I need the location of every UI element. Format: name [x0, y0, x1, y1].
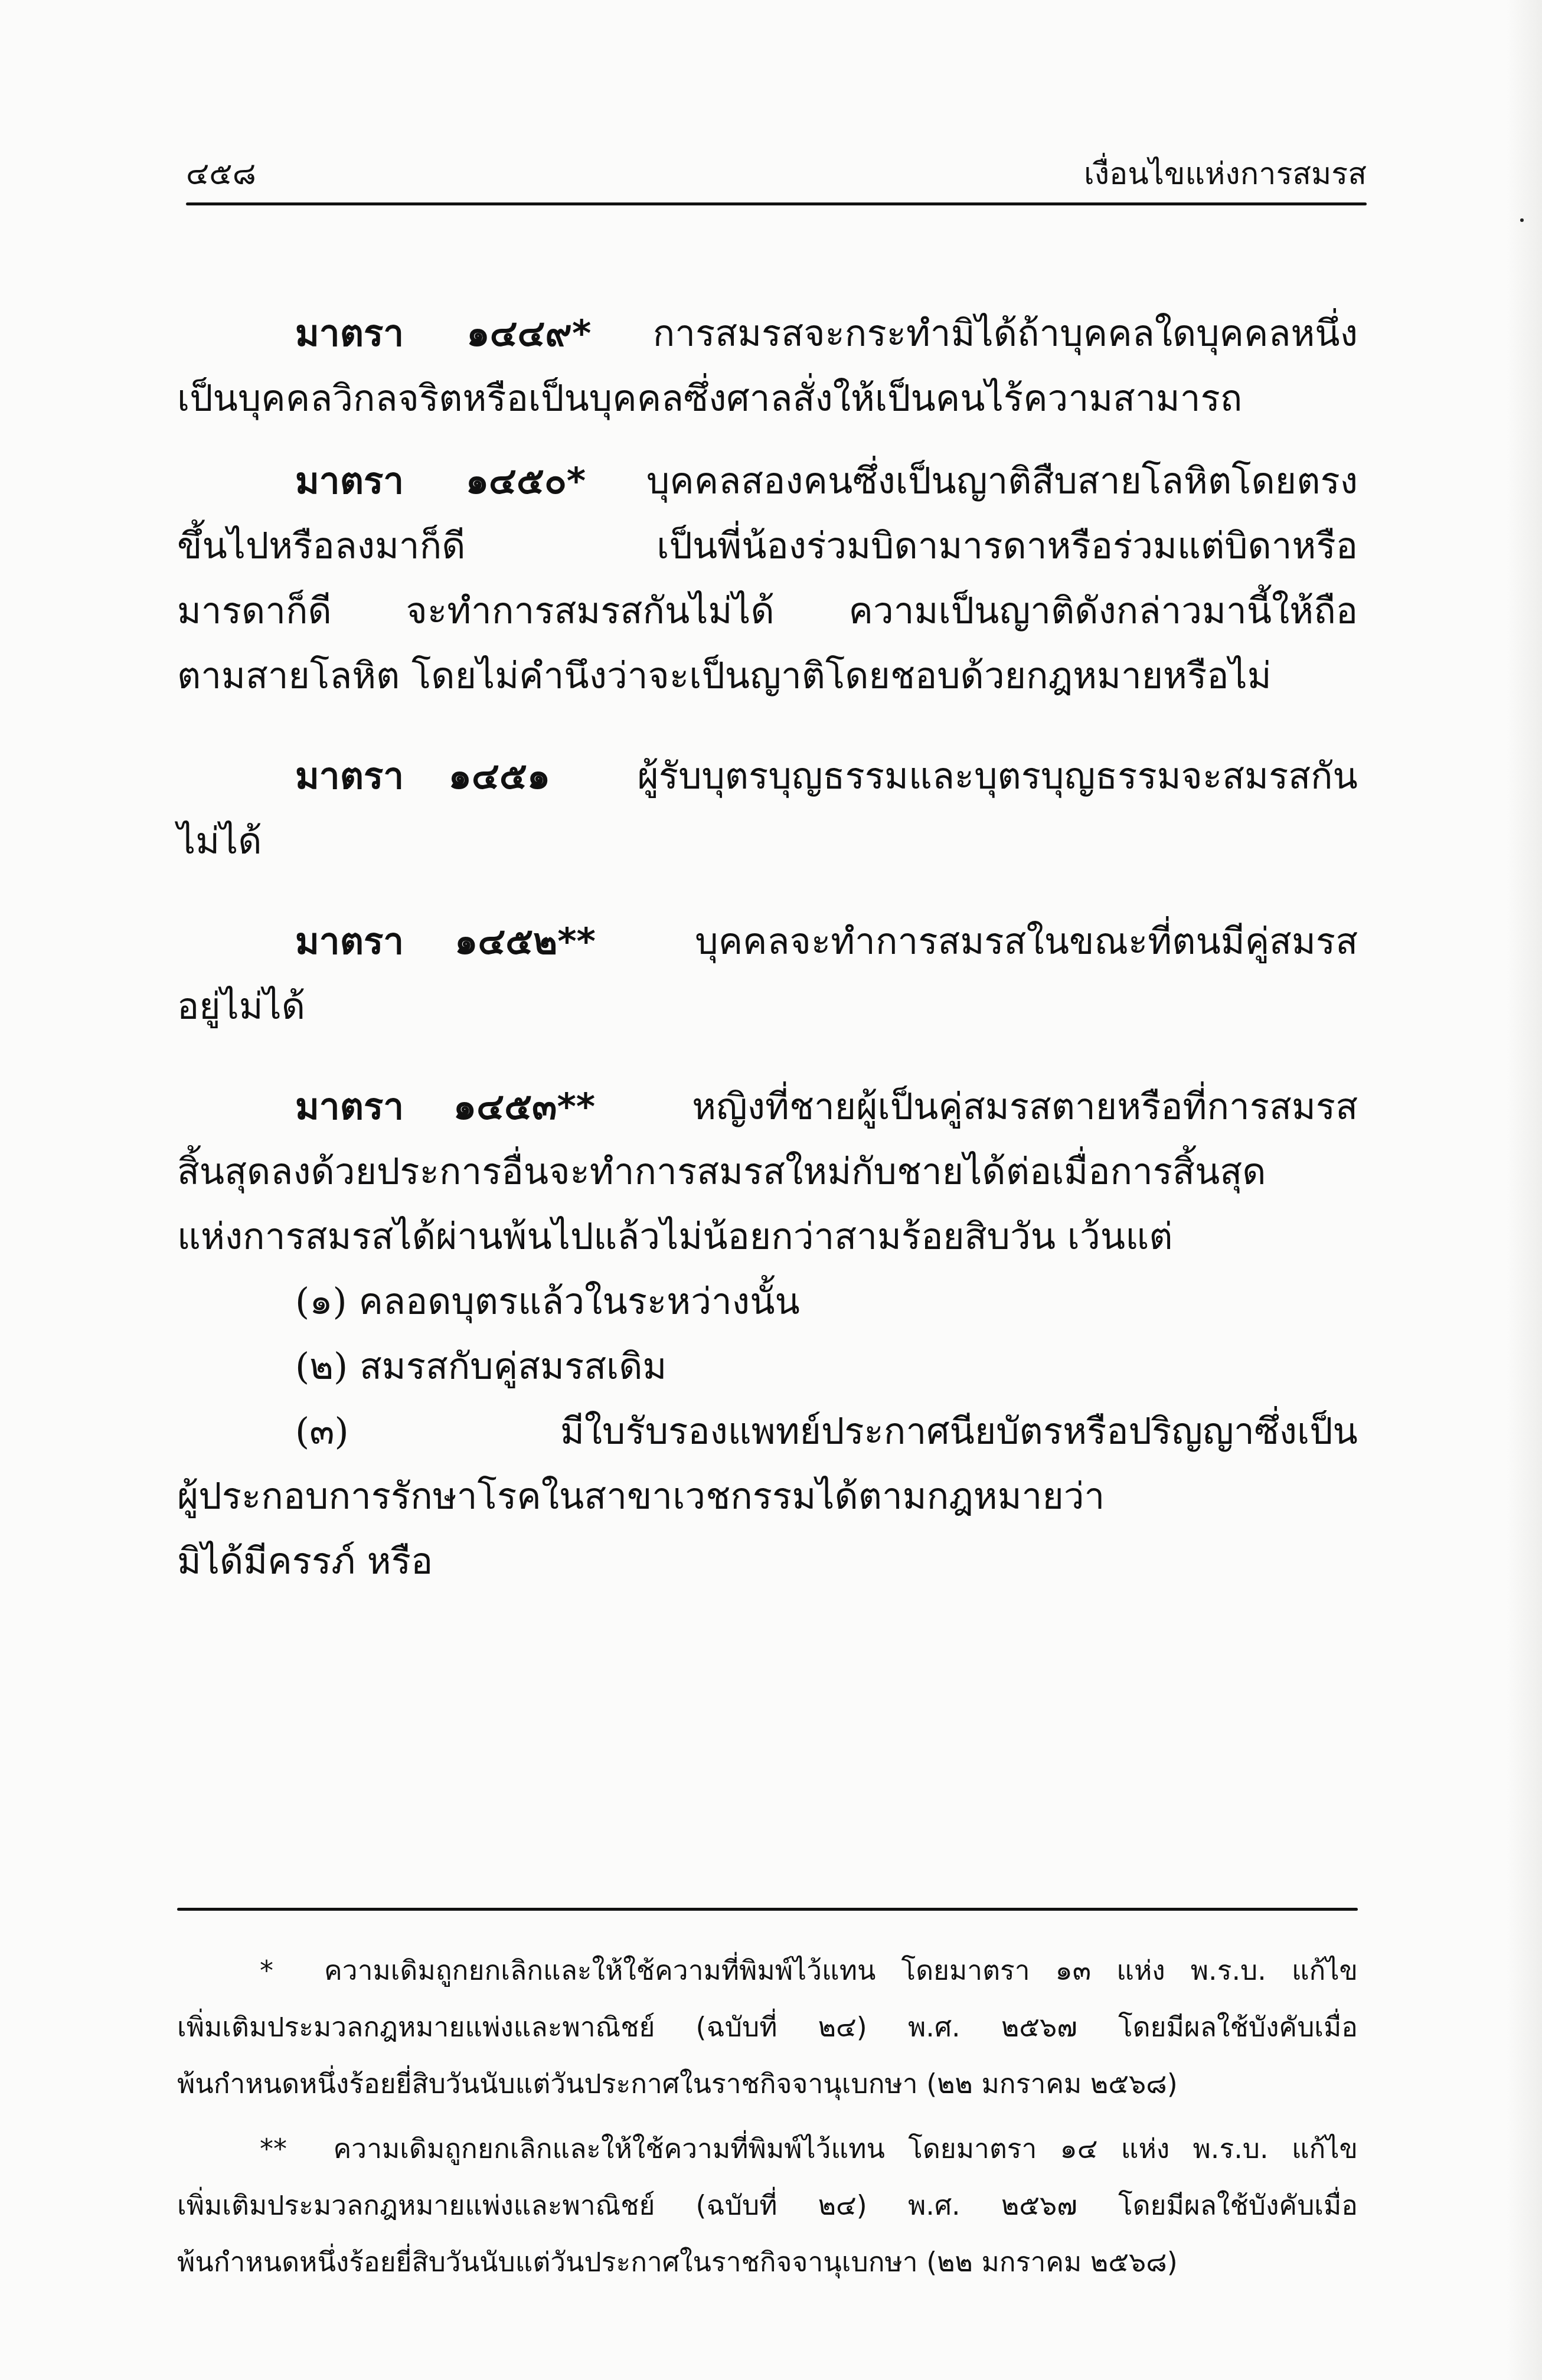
footnote-double-asterisk: ** ความเดิมถูกยกเลิกและให้ใช้ความที่พิมพ…	[177, 2120, 1358, 2290]
footnote-marker: **	[260, 2133, 287, 2165]
section-label: มาตรา ๑๔๕๒**	[295, 920, 596, 963]
list-item: (๓) มีใบรับรองแพทย์ประกาศนียบัตรหรือปริญ…	[177, 1399, 1358, 1464]
section-line: มาตรา ๑๔๕๐* บุคคลสองคนซึ่งเป็นญาติสืบสาย…	[177, 449, 1358, 514]
section-1453: มาตรา ๑๔๕๓** หญิงที่ชายผู้เป็นคู่สมรสตาย…	[177, 1074, 1358, 1594]
section-line: มาตรา ๑๔๕๑ ผู้รับบุตรบุญธรรมและบุตรบุญธร…	[177, 744, 1358, 809]
section-text: บุคคลสองคนซึ่งเป็นญาติสืบสายโลหิตโดยตรง	[646, 459, 1358, 502]
section-text: หญิงที่ชายผู้เป็นคู่สมรสตายหรือที่การสมร…	[692, 1085, 1358, 1128]
footnote-line: พ้นกำหนดหนึ่งร้อยยี่สิบวันนับแต่วันประกา…	[177, 2055, 1358, 2112]
footnote-rule	[177, 1908, 1358, 1911]
section-label: มาตรา ๑๔๕๐*	[295, 459, 586, 502]
section-line: แห่งการสมรสได้ผ่านพ้นไปแล้วไม่น้อยกว่าสา…	[177, 1204, 1358, 1269]
list-text: สมรสกับคู่สมรสเดิม	[360, 1345, 667, 1388]
section-text: ผู้รับบุตรบุญธรรมและบุตรบุญธรรมจะสมรสกัน	[638, 754, 1358, 797]
footnote-line: พ้นกำหนดหนึ่งร้อยยี่สิบวันนับแต่วันประกา…	[177, 2234, 1358, 2290]
footnote-line: เพิ่มเติมประมวลกฎหมายแพ่งและพาณิชย์ (ฉบั…	[177, 1999, 1358, 2055]
footnote-single-asterisk: * ความเดิมถูกยกเลิกและให้ใช้ความที่พิมพ์…	[177, 1942, 1358, 2112]
list-marker: (๒)	[295, 1345, 348, 1388]
list-item: (๒) สมรสกับคู่สมรสเดิม	[177, 1334, 1358, 1399]
list-item: (๑) คลอดบุตรแล้วในระหว่างนั้น	[177, 1269, 1358, 1334]
section-1451: มาตรา ๑๔๕๑ ผู้รับบุตรบุญธรรมและบุตรบุญธร…	[177, 744, 1358, 874]
running-title: เงื่อนไขแห่งการสมรส	[1084, 151, 1367, 198]
list-item-continuation: ผู้ประกอบการรักษาโรคในสาขาเวชกรรมได้ตามก…	[177, 1464, 1358, 1529]
section-label: มาตรา ๑๔๕๓**	[295, 1085, 595, 1128]
list-marker: (๓)	[295, 1410, 349, 1453]
section-label: มาตรา ๑๔๕๑	[295, 754, 550, 797]
section-line: ไม่ได้	[177, 809, 1358, 874]
print-speck	[1520, 218, 1524, 222]
page-edge-shadow	[1507, 0, 1542, 2380]
section-text: บุคคลจะทำการสมรสในขณะที่ตนมีคู่สมรส	[695, 920, 1358, 963]
footnote-text: ความเดิมถูกยกเลิกและให้ใช้ความที่พิมพ์ไว…	[334, 2133, 1358, 2165]
footnote-line: เพิ่มเติมประมวลกฎหมายแพ่งและพาณิชย์ (ฉบั…	[177, 2177, 1358, 2234]
section-1452: มาตรา ๑๔๕๒** บุคคลจะทำการสมรสในขณะที่ตนม…	[177, 909, 1358, 1039]
list-marker: (๑)	[295, 1280, 347, 1323]
header-rule	[186, 202, 1367, 205]
list-text: คลอดบุตรแล้วในระหว่างนั้น	[358, 1280, 799, 1323]
list-text: มีใบรับรองแพทย์ประกาศนียบัตรหรือปริญญาซึ…	[560, 1410, 1358, 1453]
footnotes: * ความเดิมถูกยกเลิกและให้ใช้ความที่พิมพ์…	[177, 1942, 1358, 2290]
footnote-text: ความเดิมถูกยกเลิกและให้ใช้ความที่พิมพ์ไว…	[324, 1954, 1358, 1986]
section-line: มาตรา ๑๔๕๓** หญิงที่ชายผู้เป็นคู่สมรสตาย…	[177, 1074, 1358, 1139]
section-line: สิ้นสุดลงด้วยประการอื่นจะทำการสมรสใหม่กั…	[177, 1139, 1358, 1204]
section-line: ตามสายโลหิต โดยไม่คำนึงว่าจะเป็นญาติโดยช…	[177, 643, 1358, 708]
body-text: มาตรา ๑๔๔๙* การสมรสจะกระทำมิได้ถ้าบุคคลใ…	[177, 301, 1358, 1594]
section-line: มารดาก็ดี จะทำการสมรสกันไม่ได้ ความเป็นญ…	[177, 578, 1358, 643]
section-line: ขึ้นไปหรือลงมาก็ดี เป็นพี่น้องร่วมบิดามา…	[177, 514, 1358, 578]
section-label: มาตรา ๑๔๔๙*	[295, 312, 591, 355]
section-line: อยู่ไม่ได้	[177, 974, 1358, 1039]
section-line: เป็นบุคคลวิกลจริตหรือเป็นบุคคลซึ่งศาลสั่…	[177, 366, 1358, 431]
page-number: ๔๕๘	[186, 151, 256, 198]
section-line: มาตรา ๑๔๔๙* การสมรสจะกระทำมิได้ถ้าบุคคลใ…	[177, 301, 1358, 366]
section-text: การสมรสจะกระทำมิได้ถ้าบุคคลใดบุคคลหนึ่ง	[653, 312, 1358, 355]
section-line: มาตรา ๑๔๕๒** บุคคลจะทำการสมรสในขณะที่ตนม…	[177, 909, 1358, 974]
section-1449: มาตรา ๑๔๔๙* การสมรสจะกระทำมิได้ถ้าบุคคลใ…	[177, 301, 1358, 431]
footnote-line: ** ความเดิมถูกยกเลิกและให้ใช้ความที่พิมพ…	[177, 2120, 1358, 2177]
running-header: ๔๕๘ เงื่อนไขแห่งการสมรส	[186, 151, 1367, 198]
section-1450: มาตรา ๑๔๕๐* บุคคลสองคนซึ่งเป็นญาติสืบสาย…	[177, 449, 1358, 708]
footnote-line: * ความเดิมถูกยกเลิกและให้ใช้ความที่พิมพ์…	[177, 1942, 1358, 1999]
list-item-continuation: มิได้มีครรภ์ หรือ	[177, 1529, 1358, 1594]
footnote-marker: *	[260, 1954, 273, 1986]
